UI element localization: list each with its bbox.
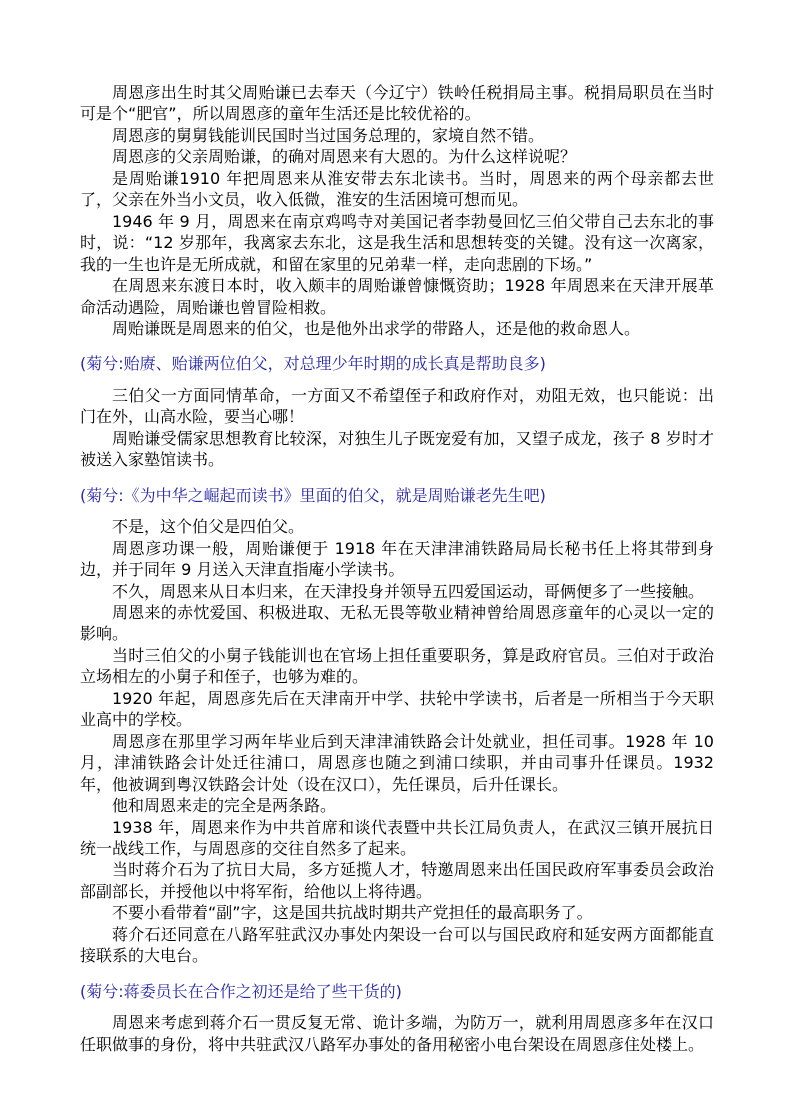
body-paragraph: 他和周恩来走的完全是两条路。 <box>80 795 714 816</box>
body-paragraph: 周恩彦在那里学习两年毕业后到天津津浦铁路会计处就业，担任司事。1928 年 10… <box>80 731 714 795</box>
body-paragraph: 周恩来的赤忱爱国、积极进取、无私无畏等敬业精神曾给周恩彦童年的心灵以一定的影响。 <box>80 602 714 645</box>
body-paragraph: 周恩彦功课一般，周贻谦便于 1918 年在天津津浦铁路局局长秘书任上将其带到身边… <box>80 538 714 581</box>
body-paragraph: 不要小看带着“副”字，这是国共抗战时期共产党担任的最高职务了。 <box>80 902 714 923</box>
body-paragraph: 三伯父一方面同情革命，一方面又不希望侄子和政府作对，劝阻无效，也只能说：出门在外… <box>80 385 714 428</box>
annotation-paragraph: (菊兮:蒋委员长在合作之初还是给了些干货的) <box>80 981 714 1002</box>
body-paragraph: 1946 年 9 月，周恩来在南京鸡鸣寺对美国记者李勃曼回忆三伯父带自己去东北的… <box>80 211 714 275</box>
body-paragraph: 周恩彦的父亲周贻谦，的确对周恩来有大恩的。为什么这样说呢？ <box>80 146 714 167</box>
body-paragraph: 周贻谦受儒家思想教育比较深，对独生儿子既宠爱有加，又望子成龙，孩子 8 岁时才被… <box>80 428 714 471</box>
body-paragraph: 1920 年起，周恩彦先后在天津南开中学、扶轮中学读书，后者是一所相当于今天职业… <box>80 688 714 731</box>
body-paragraph: 不久，周恩来从日本归来，在天津投身并领导五四爱国运动，哥俩便多了一些接触。 <box>80 581 714 602</box>
body-paragraph: 周恩彦出生时其父周贻谦已去奉天（今辽宁）铁岭任税捐局主事。税捐局职员在当时可是个… <box>80 82 714 125</box>
body-paragraph: 周恩彦的舅舅钱能训民国时当过国务总理的，家境自然不错。 <box>80 125 714 146</box>
body-paragraph: 当时三伯父的小舅子钱能训也在官场上担任重要职务，算是政府官员。三伯对于政治立场相… <box>80 645 714 688</box>
body-paragraph: 不是，这个伯父是四伯父。 <box>80 516 714 537</box>
annotation-paragraph: (菊兮:《为中华之崛起而读书》里面的伯父，就是周贻谦老先生吧) <box>80 485 714 506</box>
body-paragraph: 周贻谦既是周恩来的伯父，也是他外出求学的带路人，还是他的救命恩人。 <box>80 318 714 339</box>
document-page: 周恩彦出生时其父周贻谦已去奉天（今辽宁）铁岭任税捐局主事。税捐局职员在当时可是个… <box>0 0 800 1100</box>
body-paragraph: 周恩来考虑到蒋介石一贯反复无常、诡计多端，为防万一，就利用周恩彦多年在汉口任职做… <box>80 1012 714 1055</box>
body-paragraph: 在周恩来东渡日本时，收入颇丰的周贻谦曾慷慨资助；1928 年周恩来在天津开展革命… <box>80 275 714 318</box>
document-content: 周恩彦出生时其父周贻谦已去奉天（今辽宁）铁岭任税捐局主事。税捐局职员在当时可是个… <box>80 82 714 1055</box>
body-paragraph: 是周贻谦1910 年把周恩来从淮安带去东北读书。当时，周恩来的两个母亲都去世了，… <box>80 168 714 211</box>
body-paragraph: 当时蒋介石为了抗日大局，多方延揽人才，特邀周恩来出任国民政府军事委员会政治部副部… <box>80 859 714 902</box>
body-paragraph: 1938 年，周恩来作为中共首席和谈代表暨中共长江局负责人，在武汉三镇开展抗日统… <box>80 817 714 860</box>
annotation-paragraph: (菊兮:贻赓、贻谦两位伯父，对总理少年时期的成长真是帮助良多) <box>80 353 714 374</box>
body-paragraph: 蒋介石还同意在八路军驻武汉办事处内架设一台可以与国民政府和延安两方面都能直接联系… <box>80 924 714 967</box>
